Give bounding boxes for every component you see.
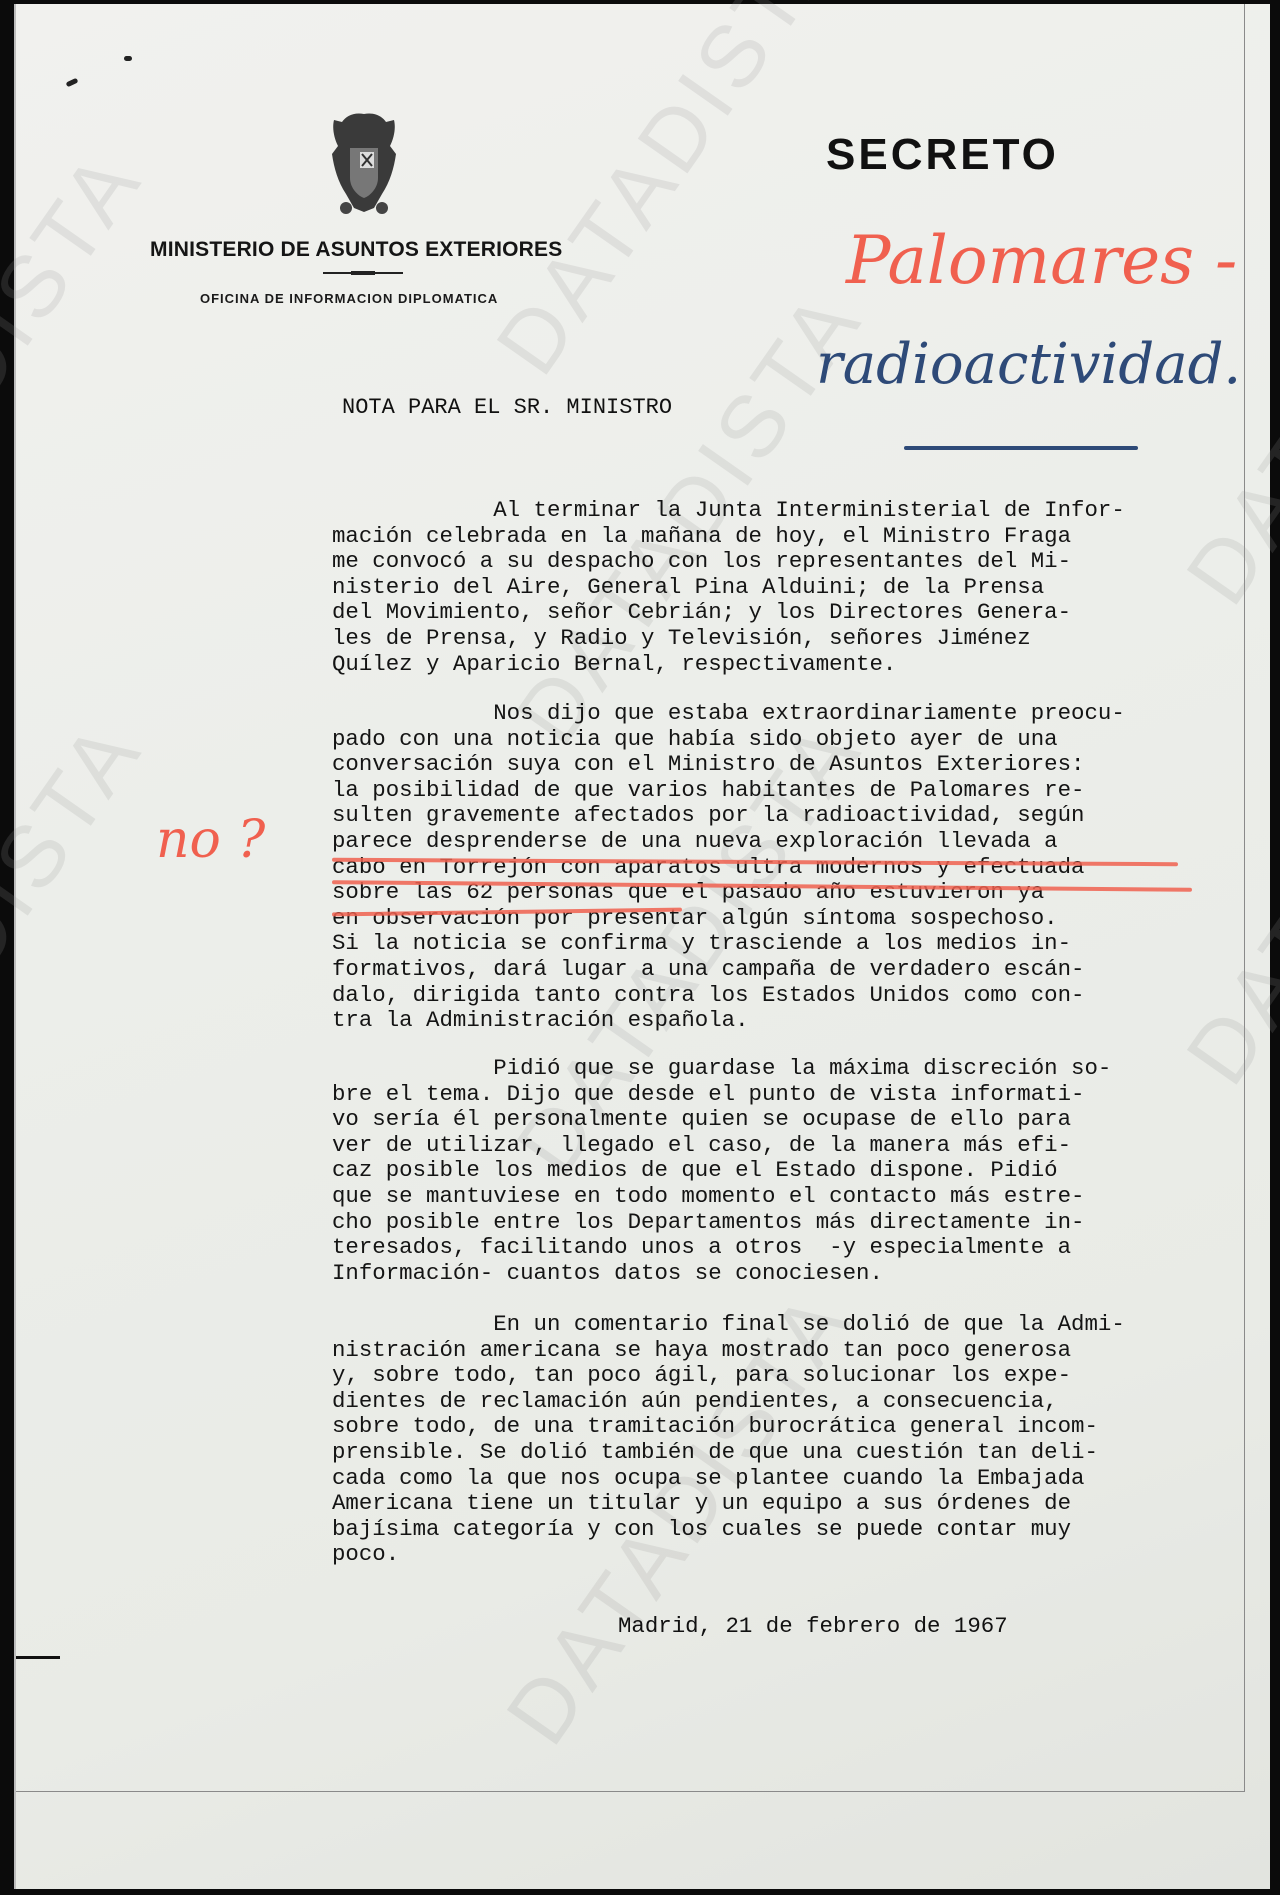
text-line: nistración americana se haya mostrado ta… [332,1338,1212,1364]
handwritten-underline [904,446,1138,450]
text-line: la posibilidad de que varios habitantes … [332,778,1212,804]
paragraph-4: En un comentario final se dolió de que l… [332,1312,1212,1568]
margin-mark [16,1656,60,1659]
text-line: bajísima categoría y con los cuales se p… [332,1517,1212,1543]
handwritten-note-blue: radioactividad. [816,332,1241,397]
ministry-name: MINISTERIO DE ASUNTOS EXTERIORES [150,238,562,262]
text-line: conversación suya con el Ministro de Asu… [332,752,1212,778]
text-line: dientes de reclamación aún pendientes, a… [332,1389,1212,1415]
paragraph-3: Pidió que se guardase la máxima discreci… [332,1056,1212,1286]
text-line: que se mantuviese en todo momento el con… [332,1184,1212,1210]
text-line: Nos dijo que estaba extraordinariamente … [332,701,1212,727]
classification-stamp: SECRETO [826,130,1059,180]
text-line: del Movimiento, señor Cebrián; y los Dir… [332,600,1212,626]
paragraph-2: Nos dijo que estaba extraordinariamente … [332,701,1212,1034]
place-date: Madrid, 21 de febrero de 1967 [618,1613,1008,1639]
memo-title: NOTA PARA EL SR. MINISTRO [342,395,672,420]
text-line: formativos, dará lugar a una campaña de … [332,957,1212,983]
text-line: y, sobre todo, tan poco ágil, para soluc… [332,1363,1212,1389]
office-name: OFICINA DE INFORMACION DIPLOMATICA [200,291,498,306]
text-line: les de Prensa, y Radio y Televisión, señ… [332,626,1212,652]
text-line: tra la Administración española. [332,1008,1212,1034]
text-line: sobre todo, de una tramitación burocráti… [332,1414,1212,1440]
text-line: mación celebrada en la mañana de hoy, el… [332,524,1212,550]
text-line: nisterio del Aire, General Pina Alduini;… [332,575,1212,601]
text-line: prensible. Se dolió también de que una c… [332,1440,1212,1466]
text-line: dalo, dirigida tanto contra los Estados … [332,983,1212,1009]
document-page: DATADISTA DATADISTA DATADISTA DATADISTA … [14,4,1270,1889]
coat-of-arms-icon [324,108,404,220]
text-line: Americana tiene un titular y un equipo a… [332,1491,1212,1517]
text-line: teresados, facilitando unos a otros -y e… [332,1235,1212,1261]
text-line: cada como la que nos ocupa se plantee cu… [332,1466,1212,1492]
ink-smudge [124,56,132,61]
text-line: vo sería él personalmente quien se ocupa… [332,1107,1212,1133]
text-line: Al terminar la Junta Interministerial de… [332,498,1212,524]
text-line: poco. [332,1542,1212,1568]
text-line: caz posible los medios de que el Estado … [332,1158,1212,1184]
handwritten-note-red: Palomares - [846,222,1237,299]
text-line: me convocó a su despacho con los represe… [332,549,1212,575]
text-line: Información- cuantos datos se conociesen… [332,1261,1212,1287]
text-line: Quílez y Aparicio Bernal, respectivament… [332,652,1212,678]
text-line: En un comentario final se dolió de que l… [332,1312,1212,1338]
text-line: bre el tema. Dijo que desde el punto de … [332,1082,1212,1108]
paragraph-1: Al terminar la Junta Interministerial de… [332,498,1212,677]
text-line: parece desprenderse de una nueva explora… [332,829,1212,855]
text-line: cho posible entre los Departamentos más … [332,1210,1212,1236]
text-line: Pidió que se guardase la máxima discreci… [332,1056,1212,1082]
letterhead-rule [323,272,403,274]
text-line: ver de utilizar, llegado el caso, de la … [332,1133,1212,1159]
text-line: sulten gravemente afectados por la radio… [332,803,1212,829]
text-line: Si la noticia se confirma y trasciende a… [332,931,1212,957]
margin-annotation: no ? [156,810,265,870]
text-line: pado con una noticia que había sido obje… [332,727,1212,753]
text-line: en observación por presentar algún sínto… [332,906,1212,932]
